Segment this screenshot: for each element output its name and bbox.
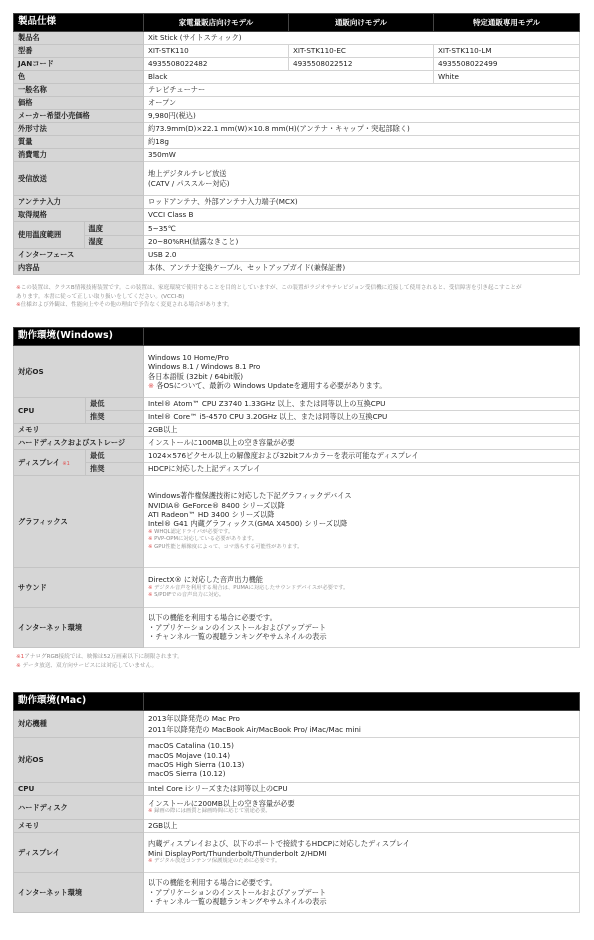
row-label: メーカー希望小売価格 [14,110,144,123]
row-value: 4935508022482 [144,58,289,71]
row-label: 外形寸法 [14,123,144,136]
model-line: 2013年以降発売の Mac Pro [148,713,575,724]
mac-requirements-table: 動作環境(Mac) 対応機種 2013年以降発売の Mac Pro 2011年以… [13,692,580,913]
row-label: サウンド [14,568,144,608]
win-row-internet: インターネット環境 以下の機能を利用する場合に必要です。 ・アプリケーションのイ… [14,608,580,648]
mac-row-display: ディスプレイ 内蔵ディスプレイおよび、以下のポートで接続するHDCPに対応したデ… [14,833,580,873]
mac-table-title: 動作環境(Mac) [14,693,144,711]
row-value: 20~80%RH(結露なきこと) [144,235,580,249]
row-value: USB 2.0 [144,249,580,262]
row-label: JANコード [14,58,144,71]
row-label: CPU [14,783,144,796]
row-value: Windows 10 Home/Pro Windows 8.1 / Window… [144,346,580,398]
row-value: 内蔵ディスプレイおよび、以下のポートで接続するHDCPに対応したディスプレイ M… [144,833,580,873]
sub-label: 最低 [86,450,144,463]
row-label: 一般名称 [14,84,144,97]
spec-row-weight: 質量 約18g [14,136,580,149]
spec-page: 製品仕様 家電量販店向けモデル 通販向けモデル 特定通販専用モデル 製品名 Xi… [0,0,594,940]
row-label: 対応OS [14,346,144,398]
spec-row-price: 価格 オープン [14,97,580,110]
win-row-sound: サウンド DirectX® に対応した音声出力機能 ※ デジタル音声を利用する場… [14,568,580,608]
sound-note: ※ S/PDIFでの音声出力に対応。 [148,592,575,600]
row-value: VCCI Class B [144,209,580,222]
os-line: Windows 10 Home/Pro [148,353,575,362]
spec-row-general-name: 一般名称 テレビチューナー [14,84,580,97]
row-value: Intel Core iシリーズまたは同等以上のCPU [144,783,580,796]
internet-line: ・アプリケーションのインストールおよびアップデート [148,888,575,897]
row-value: 2GB以上 [144,820,580,833]
display-line: 内蔵ディスプレイおよび、以下のポートで接続するHDCPに対応したディスプレイ [148,839,575,848]
os-line: macOS Sierra (10.12) [148,769,575,778]
footnote: あります。本書に従って正しい取り扱いをしてください。(VCCI-B) [16,293,584,302]
row-value: 4935508022499 [434,58,580,71]
row-label: インターネット環境 [14,608,144,648]
broadcast-line: 地上デジタルテレビ放送 [148,169,575,178]
row-value: オープン [144,97,580,110]
row-value: 4935508022512 [289,58,434,71]
sub-label: 推奨 [86,463,144,476]
row-value: HDCPに対応した上記ディスプレイ [144,463,580,476]
row-value: XIT-STK110-LM [434,45,580,58]
row-value: 5~35℃ [144,222,580,236]
row-label: 取得規格 [14,209,144,222]
display-note: ※ デジタル放送コンテンツ保護規定のために必要です。 [148,858,575,866]
win-row-display-min: ディスプレイ ※1 最低 1024×576ピクセル以上の解像度および32bitフ… [14,450,580,463]
row-value: Black [144,71,434,84]
spec-row-contents: 内容品 本体、アンテナ変換ケーブル、セットアップガイド(兼保証書) [14,262,580,275]
mac-row-storage: ハードディスク インストールに200MB以上の空き容量が必要 ※ 録画の際には画… [14,796,580,820]
row-label: 内容品 [14,262,144,275]
spec-row-product-name: 製品名 Xit Stick (サイトスティック) [14,32,580,45]
row-value: 1024×576ピクセル以上の解像度および32bitフルカラーを表示可能なディス… [144,450,580,463]
win-row-cpu-rec: 推奨 Intel® Core™ i5-4570 CPU 3.20GHz 以上、ま… [14,411,580,424]
row-label: 消費電力 [14,149,144,162]
temp-label-grid: 使用温度範囲 温度 湿度 [14,222,143,248]
row-value: XIT-STK110-EC [289,45,434,58]
internet-line: 以下の機能を利用する場合に必要です。 [148,878,575,887]
row-value: Intel® Atom™ CPU Z3740 1.33GHz 以上、または同等以… [144,398,580,411]
row-label: 色 [14,71,144,84]
spec-row-broadcast: 受信放送 地上デジタルテレビ放送 (CATV / パススルー対応) [14,162,580,196]
mac-row-cpu: CPU Intel Core iシリーズまたは同等以上のCPU [14,783,580,796]
graphics-line: Windows著作権保護技術に対応した下記グラフィックデバイス [148,491,575,500]
row-value: DirectX® に対応した音声出力機能 ※ デジタル音声を利用する場合は、PU… [144,568,580,608]
internet-line: ・チャンネル一覧の視聴ランキングやサムネイルの表示 [148,897,575,906]
footnote: ※仕様および外観は、性能向上やその他の理由で予告なく変更される場合があります。 [16,301,584,310]
row-label: インターネット環境 [14,873,144,913]
row-value: XIT-STK110 [144,45,289,58]
mac-row-internet: インターネット環境 以下の機能を利用する場合に必要です。 ・アプリケーションのイ… [14,873,580,913]
row-value: 2013年以降発売の Mac Pro 2011年以降発売の MacBook Ai… [144,711,580,738]
spec-row-msrp: メーカー希望小売価格 9,980円(税込) [14,110,580,123]
internet-line: 以下の機能を利用する場合に必要です。 [148,613,575,622]
row-value: 本体、アンテナ変換ケーブル、セットアップガイド(兼保証書) [144,262,580,275]
row-label: ディスプレイ ※1 [14,450,86,476]
graphics-line: Intel® G41 内蔵グラフィックス(GMA X4500) シリーズ以降 [148,519,575,528]
column-header-mailorder: 通販向けモデル [289,14,434,32]
sub-label: 温度 [84,222,143,235]
storage-note: ※ 録画の際には画質と録画時間に応じて別途必要。 [148,808,575,816]
spec-row-color: 色 Black White [14,71,580,84]
row-value: 約73.9mm(D)×22.1 mm(W)×10.8 mm(H)(アンテナ・キャ… [144,123,580,136]
sub-label: 湿度 [84,235,143,248]
row-label: ハードディスクおよびストレージ [14,437,144,450]
row-label: 型番 [14,45,144,58]
footnote-marker: ※1 [62,461,69,467]
row-value: White [434,71,580,84]
row-label: 価格 [14,97,144,110]
win-row-display-rec: 推奨 HDCPに対応した上記ディスプレイ [14,463,580,476]
os-line: 各日本語版 (32bit / 64bit版) [148,372,575,381]
footnote: ※ データ放送、双方向サービスには対応していません。 [16,662,183,671]
internet-line: ・アプリケーションのインストールおよびアップデート [148,623,575,632]
windows-footnotes: ※1アナログRGB接続では、映像は52万画素以下に制限されます。 ※ データ放送… [16,653,183,670]
spec-row-cert: 取得規格 VCCI Class B [14,209,580,222]
row-value: インストールに200MB以上の空き容量が必要 ※ 録画の際には画質と録画時間に応… [144,796,580,820]
graphics-line: ATI Radeon™ HD 3400 シリーズ以降 [148,510,575,519]
display-line: Mini DisplayPort/Thunderbolt/Thunderbolt… [148,849,575,858]
win-row-memory: メモリ 2GB以上 [14,424,580,437]
mac-row-models: 対応機種 2013年以降発売の Mac Pro 2011年以降発売の MacBo… [14,711,580,738]
row-label: メモリ [14,820,144,833]
win-row-os: 対応OS Windows 10 Home/Pro Windows 8.1 / W… [14,346,580,398]
win-row-storage: ハードディスクおよびストレージ インストールに100MB以上の空き容量が必要 [14,437,580,450]
row-label: ハードディスク [14,796,144,820]
row-value: 約18g [144,136,580,149]
graphics-note: ※ GPU性能と解像度によって、コマ落ちする可能性があります。 [148,544,575,552]
windows-table-title: 動作環境(Windows) [14,328,144,346]
sound-line: DirectX® に対応した音声出力機能 [148,575,575,584]
win-row-graphics: グラフィックス Windows著作権保護技術に対応した下記グラフィックデバイス … [14,476,580,568]
row-label: 使用温度範囲 [14,222,84,248]
win-row-cpu-min: CPU 最低 Intel® Atom™ CPU Z3740 1.33GHz 以上… [14,398,580,411]
sub-label: 推奨 [86,411,144,424]
row-value: 以下の機能を利用する場合に必要です。 ・アプリケーションのインストールおよびアッ… [144,608,580,648]
row-value: 以下の機能を利用する場合に必要です。 ・アプリケーションのインストールおよびアッ… [144,873,580,913]
row-label: 対応機種 [14,711,144,738]
row-value: インストールに100MB以上の空き容量が必要 [144,437,580,450]
sub-label: 最低 [86,398,144,411]
row-label: アンテナ入力 [14,196,144,209]
row-value: Intel® Core™ i5-4570 CPU 3.20GHz 以上、または同… [144,411,580,424]
spec-row-jan: JANコード 4935508022482 4935508022512 49355… [14,58,580,71]
row-value: 2GB以上 [144,424,580,437]
windows-requirements-table: 動作環境(Windows) 対応OS Windows 10 Home/Pro W… [13,327,580,648]
spec-row-antenna: アンテナ入力 ロッドアンテナ、外部アンテナ入力端子(MCX) [14,196,580,209]
footnote: ※1アナログRGB接続では、映像は52万画素以下に制限されます。 [16,653,183,662]
internet-line: ・チャンネル一覧の視聴ランキングやサムネイルの表示 [148,632,575,641]
row-value: 350mW [144,149,580,162]
broadcast-line: (CATV / パススルー対応) [148,179,575,188]
row-value: テレビチューナー [144,84,580,97]
storage-line: インストールに200MB以上の空き容量が必要 [148,799,575,808]
row-label: 製品名 [14,32,144,45]
row-label: グラフィックス [14,476,144,568]
row-value: 地上デジタルテレビ放送 (CATV / パススルー対応) [144,162,580,196]
row-label: 質量 [14,136,144,149]
model-line: 2011年以降発売の MacBook Air/MacBook Pro/ iMac… [148,724,575,735]
spec-footnotes: ※この装置は、クラスB情報技術装置です。この装置は、家庭環境で使用することを目的… [16,284,584,310]
column-header-special: 特定通販専用モデル [434,14,580,32]
row-label: ディスプレイ [14,833,144,873]
row-value: Windows著作権保護技術に対応した下記グラフィックデバイス NVIDIA® … [144,476,580,568]
row-label: メモリ [14,424,144,437]
graphics-line: NVIDIA® GeForce® 8400 シリーズ以降 [148,501,575,510]
row-label: インターフェース [14,249,144,262]
row-label: 対応OS [14,738,144,783]
spec-row-temperature: 使用温度範囲 温度 湿度 5~35℃ [14,222,580,236]
mac-row-os: 対応OS macOS Catalina (10.15) macOS Mojave… [14,738,580,783]
os-note: ※ 各OSについて、最新の Windows Updateを適用する必要があります… [148,381,575,390]
spec-row-model: 型番 XIT-STK110 XIT-STK110-EC XIT-STK110-L… [14,45,580,58]
product-spec-table: 製品仕様 家電量販店向けモデル 通販向けモデル 特定通販専用モデル 製品名 Xi… [13,13,580,275]
row-value: ロッドアンテナ、外部アンテナ入力端子(MCX) [144,196,580,209]
os-line: macOS Catalina (10.15) [148,741,575,750]
row-value: Xit Stick (サイトスティック) [144,32,580,45]
graphics-note: ※ PVP-OPMに対応している必要があります。 [148,536,575,544]
spec-table-title: 製品仕様 [14,14,144,32]
row-value: 9,980円(税込) [144,110,580,123]
os-line: Windows 8.1 / Windows 8.1 Pro [148,362,575,371]
mac-row-memory: メモリ 2GB以上 [14,820,580,833]
os-line: macOS Mojave (10.14) [148,751,575,760]
os-line: macOS High Sierra (10.13) [148,760,575,769]
row-label: CPU [14,398,86,424]
row-label: 受信放送 [14,162,144,196]
column-header-retail: 家電量販店向けモデル [144,14,289,32]
spec-row-interface: インターフェース USB 2.0 [14,249,580,262]
footnote: ※この装置は、クラスB情報技術装置です。この装置は、家庭環境で使用することを目的… [16,284,584,293]
spec-row-power: 消費電力 350mW [14,149,580,162]
spec-row-dimensions: 外形寸法 約73.9mm(D)×22.1 mm(W)×10.8 mm(H)(アン… [14,123,580,136]
row-value: macOS Catalina (10.15) macOS Mojave (10.… [144,738,580,783]
